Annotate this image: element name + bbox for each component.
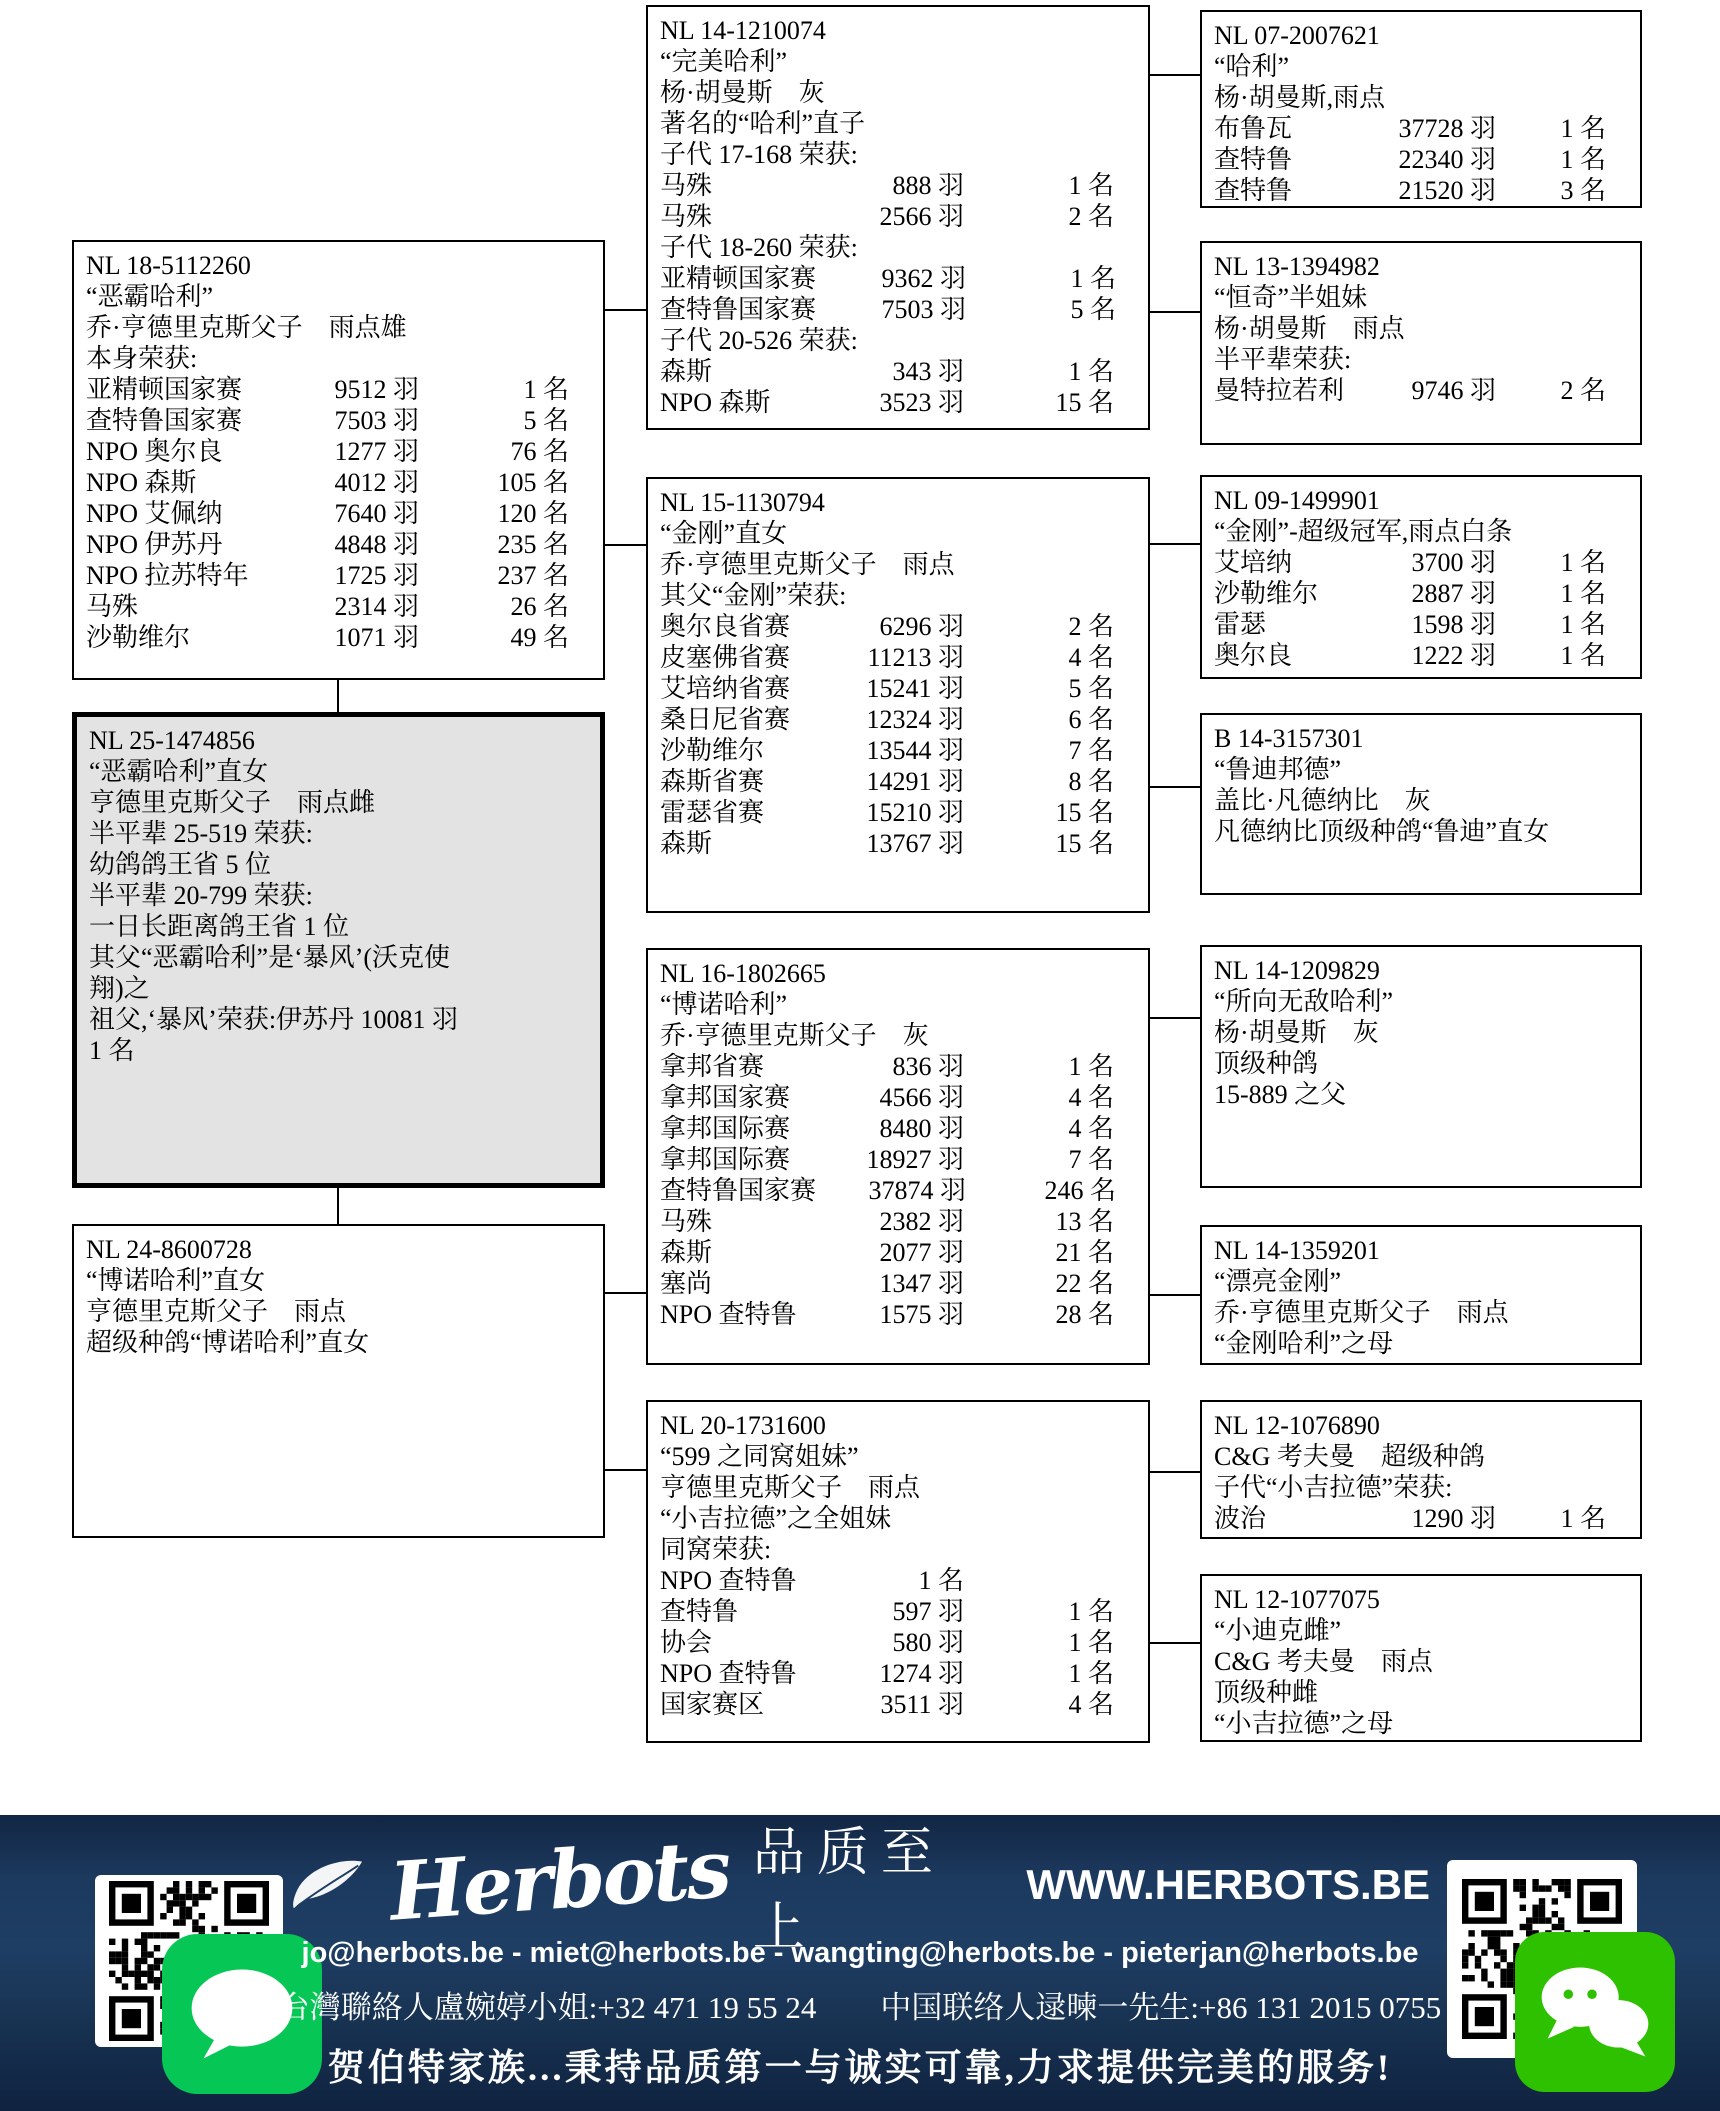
race-rank: 237 名 bbox=[419, 560, 569, 591]
pigeon-count: 2566 羽 bbox=[814, 201, 964, 232]
pedigree-box-dam-sire-sire: NL 14-1209829“所向无敌哈利”杨·胡曼斯 灰顶级种鸽15-889 之… bbox=[1200, 945, 1642, 1188]
race-name: 马殊 bbox=[86, 591, 269, 622]
pigeon-count: 11213 羽 bbox=[814, 642, 964, 673]
pigeon-count: 15210 羽 bbox=[814, 797, 964, 828]
pedigree-box-sire-dam-sire: NL 09-1499901“金刚”-超级冠军,雨点白条艾培纳3700 羽1 名沙… bbox=[1200, 475, 1642, 679]
race-result-row: NPO 拉苏特年1725 羽237 名 bbox=[86, 560, 569, 591]
pedigree-text-line: 亨德里克斯父子 雨点雌 bbox=[89, 787, 566, 818]
race-name: 皮塞佛省赛 bbox=[660, 642, 814, 673]
race-name: 查特鲁国家赛 bbox=[86, 405, 269, 436]
race-rank: 1 名 bbox=[964, 1596, 1114, 1627]
wechat-icon bbox=[1515, 1932, 1569, 1986]
pedigree-text-line: NL 16-1802665 bbox=[660, 958, 1114, 989]
race-result-row: 查特鲁22340 羽1 名 bbox=[1214, 144, 1606, 175]
pedigree-text-line: “小吉拉德”之全姐妹 bbox=[660, 1503, 1114, 1534]
contact-phones: 台灣聯絡人盧婉婷小姐:+32 471 19 55 24 中国联络人逯暕一先生:+… bbox=[279, 1982, 1441, 2027]
race-name: 沙勒维尔 bbox=[660, 735, 814, 766]
pigeon-count: 15241 羽 bbox=[814, 673, 964, 704]
race-rank: 5 名 bbox=[964, 673, 1114, 704]
pedigree-box-sire-sire-dam: NL 13-1394982“恒奇”半姐妹杨·胡曼斯 雨点半平辈荣获:曼特拉若利9… bbox=[1200, 241, 1642, 445]
pedigree-text-line: NL 12-1077075 bbox=[1214, 1584, 1606, 1615]
race-result-row: 查特鲁国家赛7503 羽5 名 bbox=[660, 294, 1114, 325]
footer-banner: Herbots 品质至上 WWW.HERBOTS.BE jo@herbots.b… bbox=[0, 1815, 1720, 2111]
pedigree-text-line: “金刚哈利”之母 bbox=[1214, 1328, 1606, 1359]
race-result-row: 拿邦国际赛8480 羽4 名 bbox=[660, 1113, 1114, 1144]
race-rank: 2 名 bbox=[1496, 375, 1606, 406]
race-name: 塞尚 bbox=[660, 1268, 814, 1299]
race-name: 森斯省赛 bbox=[660, 766, 814, 797]
race-rank: 6 名 bbox=[964, 704, 1114, 735]
race-name: NPO 奥尔良 bbox=[86, 436, 269, 467]
pigeon-count: 2314 羽 bbox=[269, 591, 419, 622]
connector-line bbox=[1150, 74, 1200, 76]
race-result-row: NPO 奥尔良1277 羽76 名 bbox=[86, 436, 569, 467]
pigeon-count: 343 羽 bbox=[814, 356, 964, 387]
connector-line bbox=[337, 1188, 339, 1224]
race-rank: 1 名 bbox=[1496, 640, 1606, 671]
race-rank: 4 名 bbox=[964, 642, 1114, 673]
pedigree-text-line: C&G 考夫曼 雨点 bbox=[1214, 1646, 1606, 1677]
pedigree-text-line: NL 13-1394982 bbox=[1214, 251, 1606, 282]
pedigree-text-line: 杨·胡曼斯 雨点 bbox=[1214, 313, 1606, 344]
pedigree-text-line: “完美哈利” bbox=[660, 46, 1114, 77]
pedigree-box-dam-dam: NL 20-1731600“599 之同窝姐妹”亨德里克斯父子 雨点“小吉拉德”… bbox=[646, 1400, 1150, 1743]
race-rank: 1 名 bbox=[1496, 547, 1606, 578]
race-rank: 13 名 bbox=[964, 1206, 1114, 1237]
race-result-row: 艾培纳3700 羽1 名 bbox=[1214, 547, 1606, 578]
race-rank: 15 名 bbox=[964, 797, 1114, 828]
pedigree-text-line: 其父“金刚”荣获: bbox=[660, 580, 1114, 611]
pigeon-count: 13544 羽 bbox=[814, 735, 964, 766]
race-rank: 246 名 bbox=[966, 1175, 1116, 1206]
race-name: NPO 查特鲁 bbox=[660, 1299, 814, 1330]
race-name: NPO 拉苏特年 bbox=[86, 560, 269, 591]
race-name: 奥尔良省赛 bbox=[660, 611, 814, 642]
race-name: 马殊 bbox=[660, 1206, 814, 1237]
race-name: NPO 森斯 bbox=[660, 387, 814, 418]
race-rank: 1 名 bbox=[964, 1658, 1114, 1689]
race-rank: 1 名 bbox=[964, 1627, 1114, 1658]
pigeon-count: 3700 羽 bbox=[1346, 547, 1496, 578]
race-result-row: 雷瑟省赛15210 羽15 名 bbox=[660, 797, 1114, 828]
pedigree-text-line: 顶级种雌 bbox=[1214, 1677, 1606, 1708]
pedigree-box-dam-sire-dam: NL 14-1359201“漂亮金刚”乔·亨德里克斯父子 雨点“金刚哈利”之母 bbox=[1200, 1225, 1642, 1365]
race-name: 艾培纳 bbox=[1214, 547, 1346, 578]
race-name: 沙勒维尔 bbox=[86, 622, 269, 653]
pedigree-text-line: “漂亮金刚” bbox=[1214, 1266, 1606, 1297]
race-rank bbox=[964, 1565, 1114, 1596]
pedigree-text-line: 同窝荣获: bbox=[660, 1534, 1114, 1565]
pedigree-text-line: NL 12-1076890 bbox=[1214, 1410, 1606, 1441]
race-rank: 2 名 bbox=[964, 611, 1114, 642]
race-result-row: 艾培纳省赛15241 羽5 名 bbox=[660, 673, 1114, 704]
race-result-row: 拿邦省赛836 羽1 名 bbox=[660, 1051, 1114, 1082]
race-result-row: 亚精顿国家赛9512 羽1 名 bbox=[86, 374, 569, 405]
race-result-row: 沙勒维尔2887 羽1 名 bbox=[1214, 578, 1606, 609]
connector-line bbox=[605, 1469, 646, 1471]
pedigree-text-line: “金刚”直女 bbox=[660, 518, 1114, 549]
race-name: NPO 查特鲁 bbox=[660, 1565, 814, 1596]
pigeon-count: 836 羽 bbox=[814, 1051, 964, 1082]
pedigree-text-line: 子代“小吉拉德”荣获: bbox=[1214, 1472, 1606, 1503]
race-name: 雷瑟省赛 bbox=[660, 797, 814, 828]
race-rank: 1 名 bbox=[1496, 113, 1606, 144]
race-name: 拿邦国家赛 bbox=[660, 1082, 814, 1113]
pedigree-box-sire-dam: NL 15-1130794“金刚”直女乔·亨德里克斯父子 雨点其父“金刚”荣获:… bbox=[646, 477, 1150, 913]
race-result-row: 拿邦国家赛4566 羽4 名 bbox=[660, 1082, 1114, 1113]
pedigree-text-line: 杨·胡曼斯 灰 bbox=[1214, 1017, 1606, 1048]
pedigree-text-line: 顶级种鸽 bbox=[1214, 1048, 1606, 1079]
pigeon-count: 37874 羽 bbox=[816, 1175, 966, 1206]
pigeon-count: 3523 羽 bbox=[814, 387, 964, 418]
pedigree-text-line: 乔·亨德里克斯父子 灰 bbox=[660, 1020, 1114, 1051]
race-rank: 1 名 bbox=[964, 1051, 1114, 1082]
race-rank: 4 名 bbox=[964, 1689, 1114, 1720]
pedigree-text-line: NL 14-1210074 bbox=[660, 15, 1114, 46]
connector-line bbox=[1150, 311, 1200, 313]
pedigree-box-dam-dam-dam: NL 12-1077075“小迪克雌”C&G 考夫曼 雨点顶级种雌“小吉拉德”之… bbox=[1200, 1574, 1642, 1742]
race-name: 森斯 bbox=[660, 828, 814, 859]
race-name: 马殊 bbox=[660, 201, 814, 232]
pedigree-text-line: 本身荣获: bbox=[86, 343, 569, 374]
race-rank: 2 名 bbox=[964, 201, 1114, 232]
race-rank: 1 名 bbox=[964, 356, 1114, 387]
race-name: 查特鲁国家赛 bbox=[660, 1175, 816, 1206]
race-result-row: 森斯2077 羽21 名 bbox=[660, 1237, 1114, 1268]
race-result-row: NPO 森斯3523 羽15 名 bbox=[660, 387, 1114, 418]
race-name: 艾培纳省赛 bbox=[660, 673, 814, 704]
race-rank: 15 名 bbox=[964, 387, 1114, 418]
pedigree-text-line: 著名的“哈利”直子 bbox=[660, 108, 1114, 139]
pigeon-count: 9746 羽 bbox=[1346, 375, 1496, 406]
race-result-row: 亚精顿国家赛9362 羽1 名 bbox=[660, 263, 1114, 294]
race-result-row: 森斯13767 羽15 名 bbox=[660, 828, 1114, 859]
race-rank: 22 名 bbox=[964, 1268, 1114, 1299]
pedigree-text-line: “博诺哈利”直女 bbox=[86, 1265, 569, 1296]
race-result-row: NPO 查特鲁1 名 bbox=[660, 1565, 1114, 1596]
race-rank: 7 名 bbox=[964, 735, 1114, 766]
connector-line bbox=[1150, 1642, 1200, 1644]
pedigree-text-line: NL 25-1474856 bbox=[89, 725, 566, 756]
pedigree-text-line: “博诺哈利” bbox=[660, 989, 1114, 1020]
pigeon-count: 9512 羽 bbox=[269, 374, 419, 405]
pedigree-text-line: “金刚”-超级冠军,雨点白条 bbox=[1214, 516, 1606, 547]
pigeon-count: 3511 羽 bbox=[814, 1689, 964, 1720]
race-result-row: 森斯343 羽1 名 bbox=[660, 356, 1114, 387]
race-result-row: NPO 查特鲁1575 羽28 名 bbox=[660, 1299, 1114, 1330]
race-result-row: 协会580 羽1 名 bbox=[660, 1627, 1114, 1658]
pedigree-text-line: 凡德纳比顶级种鸽“鲁迪”直女 bbox=[1214, 816, 1606, 847]
race-result-row: 查特鲁21520 羽3 名 bbox=[1214, 175, 1606, 206]
pedigree-text-line: “恶霸哈利”直女 bbox=[89, 756, 566, 787]
race-rank: 1 名 bbox=[966, 263, 1116, 294]
pedigree-text-line: 子代 17-168 荣获: bbox=[660, 139, 1114, 170]
race-name: 桑日尼省赛 bbox=[660, 704, 814, 735]
pedigree-text-line: NL 09-1499901 bbox=[1214, 485, 1606, 516]
pigeon-count: 580 羽 bbox=[814, 1627, 964, 1658]
pigeon-count: 597 羽 bbox=[814, 1596, 964, 1627]
pigeon-count: 6296 羽 bbox=[814, 611, 964, 642]
race-result-row: 国家赛区3511 羽4 名 bbox=[660, 1689, 1114, 1720]
line-icon bbox=[162, 1934, 216, 1988]
wechat-qr-code bbox=[1447, 1860, 1637, 2058]
race-name: 波治 bbox=[1214, 1503, 1346, 1534]
pedigree-text-line: 乔·亨德里克斯父子 雨点 bbox=[660, 549, 1114, 580]
connector-line bbox=[337, 680, 339, 712]
pigeon-count: 1725 羽 bbox=[269, 560, 419, 591]
race-result-row: 查特鲁597 羽1 名 bbox=[660, 1596, 1114, 1627]
pigeon-count: 7640 羽 bbox=[269, 498, 419, 529]
race-result-row: 波治1290 羽1 名 bbox=[1214, 1503, 1606, 1534]
race-name: 协会 bbox=[660, 1627, 814, 1658]
race-result-row: 森斯省赛14291 羽8 名 bbox=[660, 766, 1114, 797]
race-result-row: 奥尔良1222 羽1 名 bbox=[1214, 640, 1606, 671]
pedigree-text-line: 半平辈 20-799 荣获: bbox=[89, 880, 566, 911]
race-result-row: 查特鲁国家赛37874 羽246 名 bbox=[660, 1175, 1114, 1206]
pigeon-count: 1290 羽 bbox=[1346, 1503, 1496, 1534]
pedigree-text-line: 子代 18-260 荣获: bbox=[660, 232, 1114, 263]
race-rank: 5 名 bbox=[419, 405, 569, 436]
pedigree-text-line: B 14-3157301 bbox=[1214, 723, 1606, 754]
pedigree-text-line: “哈利” bbox=[1214, 51, 1606, 82]
pedigree-text-line: 乔·亨德里克斯父子 雨点雄 bbox=[86, 312, 569, 343]
race-rank: 5 名 bbox=[966, 294, 1116, 325]
pedigree-text-line: 翔)之 bbox=[89, 973, 566, 1004]
race-result-row: 沙勒维尔1071 羽49 名 bbox=[86, 622, 569, 653]
race-name: 亚精顿国家赛 bbox=[86, 374, 269, 405]
pigeon-count: 1 名 bbox=[814, 1565, 964, 1596]
race-rank: 120 名 bbox=[419, 498, 569, 529]
race-name: 马殊 bbox=[660, 170, 814, 201]
pedigree-text-line: 祖父,‘暴风’荣获:伊苏丹 10081 羽 bbox=[89, 1004, 566, 1035]
footer-text-block: Herbots 品质至上 WWW.HERBOTS.BE jo@herbots.b… bbox=[290, 1833, 1430, 2091]
pedigree-text-line: 一日长距离鸽王省 1 位 bbox=[89, 911, 566, 942]
race-name: 查特鲁 bbox=[1214, 144, 1346, 175]
pigeon-count: 1222 羽 bbox=[1346, 640, 1496, 671]
race-result-row: 马殊2382 羽13 名 bbox=[660, 1206, 1114, 1237]
race-name: 雷瑟 bbox=[1214, 609, 1346, 640]
pigeon-count: 888 羽 bbox=[814, 170, 964, 201]
pedigree-text-line: “小迪克雌” bbox=[1214, 1615, 1606, 1646]
pedigree-text-line: 杨·胡曼斯,雨点 bbox=[1214, 82, 1606, 113]
brand-row: Herbots 品质至上 WWW.HERBOTS.BE bbox=[290, 1833, 1430, 1937]
race-rank: 15 名 bbox=[964, 828, 1114, 859]
race-result-row: 布鲁瓦37728 羽1 名 bbox=[1214, 113, 1606, 144]
taiwan-contact: 台灣聯絡人盧婉婷小姐:+32 471 19 55 24 bbox=[279, 1982, 817, 2027]
race-result-row: 马殊888 羽1 名 bbox=[660, 170, 1114, 201]
race-rank: 105 名 bbox=[419, 467, 569, 498]
race-rank: 7 名 bbox=[964, 1144, 1114, 1175]
race-name: 拿邦国际赛 bbox=[660, 1113, 814, 1144]
pigeon-count: 14291 羽 bbox=[814, 766, 964, 797]
pigeon-count: 7503 羽 bbox=[816, 294, 966, 325]
race-rank: 3 名 bbox=[1496, 175, 1606, 206]
race-rank: 49 名 bbox=[419, 622, 569, 653]
pigeon-count: 7503 羽 bbox=[269, 405, 419, 436]
pedigree-text-line: 超级种鸽“博诺哈利”直女 bbox=[86, 1327, 569, 1358]
pigeon-count: 22340 羽 bbox=[1346, 144, 1496, 175]
website-url: WWW.HERBOTS.BE bbox=[1026, 1861, 1430, 1909]
pigeon-count: 1347 羽 bbox=[814, 1268, 964, 1299]
pedigree-text-line: “小吉拉德”之母 bbox=[1214, 1708, 1606, 1739]
pigeon-count: 2382 羽 bbox=[814, 1206, 964, 1237]
pedigree-text-line: C&G 考夫曼 超级种鸽 bbox=[1214, 1441, 1606, 1472]
pedigree-box-dam: NL 24-8600728“博诺哈利”直女亨德里克斯父子 雨点超级种鸽“博诺哈利… bbox=[72, 1224, 605, 1538]
pigeon-count: 2887 羽 bbox=[1346, 578, 1496, 609]
pigeon-count: 37728 羽 bbox=[1346, 113, 1496, 144]
footer-slogan: 贺伯特家族...秉持品质第一与诚实可靠,力求提供完美的服务! bbox=[328, 2037, 1392, 2091]
race-name: 森斯 bbox=[660, 1237, 814, 1268]
race-rank: 76 名 bbox=[419, 436, 569, 467]
line-qr-code bbox=[95, 1875, 283, 2047]
race-rank: 235 名 bbox=[419, 529, 569, 560]
race-result-row: NPO 伊苏丹4848 羽235 名 bbox=[86, 529, 569, 560]
pedigree-text-line: 亨德里克斯父子 雨点 bbox=[660, 1472, 1114, 1503]
connector-line bbox=[1150, 1017, 1200, 1019]
connector-line bbox=[1150, 1294, 1200, 1296]
pigeon-count: 13767 羽 bbox=[814, 828, 964, 859]
race-rank: 21 名 bbox=[964, 1237, 1114, 1268]
pedigree-box-sire-dam-dam: B 14-3157301“鲁迪邦德”盖比·凡德纳比 灰凡德纳比顶级种鸽“鲁迪”直… bbox=[1200, 713, 1642, 895]
race-name: 拿邦省赛 bbox=[660, 1051, 814, 1082]
pedigree-text-line: 1 名 bbox=[89, 1035, 566, 1066]
pedigree-box-sire-sire-sire: NL 07-2007621“哈利”杨·胡曼斯,雨点布鲁瓦37728 羽1 名查特… bbox=[1200, 10, 1642, 208]
race-rank: 1 名 bbox=[1496, 144, 1606, 175]
pedigree-box-dam-dam-sire: NL 12-1076890C&G 考夫曼 超级种鸽子代“小吉拉德”荣获:波治12… bbox=[1200, 1400, 1642, 1539]
pedigree-text-line: 杨·胡曼斯 灰 bbox=[660, 77, 1114, 108]
race-result-row: 曼特拉若利9746 羽2 名 bbox=[1214, 375, 1606, 406]
race-rank: 26 名 bbox=[419, 591, 569, 622]
pedigree-box-sire-sire: NL 14-1210074“完美哈利”杨·胡曼斯 灰著名的“哈利”直子子代 17… bbox=[646, 5, 1150, 430]
race-result-row: 雷瑟1598 羽1 名 bbox=[1214, 609, 1606, 640]
pedigree-text-line: NL 24-8600728 bbox=[86, 1234, 569, 1265]
pigeon-count: 1575 羽 bbox=[814, 1299, 964, 1330]
pigeon-count: 21520 羽 bbox=[1346, 175, 1496, 206]
race-rank: 1 名 bbox=[964, 170, 1114, 201]
pedigree-text-line: 子代 20-526 荣获: bbox=[660, 325, 1114, 356]
pedigree-text-line: NL 15-1130794 bbox=[660, 487, 1114, 518]
race-result-row: NPO 艾佩纳7640 羽120 名 bbox=[86, 498, 569, 529]
race-rank: 1 名 bbox=[1496, 1503, 1606, 1534]
pigeon-count: 4012 羽 bbox=[269, 467, 419, 498]
pigeon-count: 1277 羽 bbox=[269, 436, 419, 467]
brand-logo-text: Herbots bbox=[387, 1821, 732, 1948]
pigeon-count: 8480 羽 bbox=[814, 1113, 964, 1144]
race-result-row: 桑日尼省赛12324 羽6 名 bbox=[660, 704, 1114, 735]
race-name: 查特鲁国家赛 bbox=[660, 294, 816, 325]
race-name: 奥尔良 bbox=[1214, 640, 1346, 671]
connector-line bbox=[1150, 1471, 1200, 1473]
pedigree-text-line: NL 14-1359201 bbox=[1214, 1235, 1606, 1266]
pedigree-text-line: 盖比·凡德纳比 灰 bbox=[1214, 785, 1606, 816]
pedigree-box-dam-sire: NL 16-1802665“博诺哈利”乔·亨德里克斯父子 灰拿邦省赛836 羽1… bbox=[646, 948, 1150, 1365]
connector-line bbox=[605, 544, 646, 546]
pigeon-count: 4848 羽 bbox=[269, 529, 419, 560]
pedigree-text-line: NL 20-1731600 bbox=[660, 1410, 1114, 1441]
pedigree-text-line: NL 07-2007621 bbox=[1214, 20, 1606, 51]
pigeon-count: 1274 羽 bbox=[814, 1658, 964, 1689]
race-result-row: 皮塞佛省赛11213 羽4 名 bbox=[660, 642, 1114, 673]
pedigree-text-line: 其父“恶霸哈利”是‘暴风’(沃克使 bbox=[89, 942, 566, 973]
pedigree-text-line: 半平辈荣获: bbox=[1214, 344, 1606, 375]
race-name: 国家赛区 bbox=[660, 1689, 814, 1720]
race-result-row: 塞尚1347 羽22 名 bbox=[660, 1268, 1114, 1299]
race-name: 拿邦国际赛 bbox=[660, 1144, 814, 1175]
pigeon-count: 12324 羽 bbox=[814, 704, 964, 735]
race-name: 曼特拉若利 bbox=[1214, 375, 1346, 406]
connector-line bbox=[605, 1292, 646, 1294]
pigeon-count: 4566 羽 bbox=[814, 1082, 964, 1113]
pigeon-count: 1598 羽 bbox=[1346, 609, 1496, 640]
race-rank: 1 名 bbox=[419, 374, 569, 405]
pedigree-text-line: 亨德里克斯父子 雨点 bbox=[86, 1296, 569, 1327]
race-result-row: 马殊2314 羽26 名 bbox=[86, 591, 569, 622]
feather-icon bbox=[290, 1855, 366, 1915]
connector-line bbox=[605, 309, 646, 311]
pedigree-text-line: NL 18-5112260 bbox=[86, 250, 569, 281]
race-result-row: 查特鲁国家赛7503 羽5 名 bbox=[86, 405, 569, 436]
race-rank: 1 名 bbox=[1496, 578, 1606, 609]
race-name: NPO 艾佩纳 bbox=[86, 498, 269, 529]
china-contact: 中国联络人逯暕一先生:+86 131 2015 0755 bbox=[880, 1982, 1441, 2027]
pedigree-text-line: “所向无敌哈利” bbox=[1214, 986, 1606, 1017]
connector-line bbox=[1150, 543, 1200, 545]
race-result-row: 沙勒维尔13544 羽7 名 bbox=[660, 735, 1114, 766]
race-result-row: NPO 森斯4012 羽105 名 bbox=[86, 467, 569, 498]
race-name: NPO 伊苏丹 bbox=[86, 529, 269, 560]
pigeon-count: 1071 羽 bbox=[269, 622, 419, 653]
pedigree-text-line: 半平辈 25-519 荣获: bbox=[89, 818, 566, 849]
race-name: NPO 森斯 bbox=[86, 467, 269, 498]
race-result-row: 奥尔良省赛6296 羽2 名 bbox=[660, 611, 1114, 642]
race-rank: 8 名 bbox=[964, 766, 1114, 797]
pedigree-text-line: “鲁迪邦德” bbox=[1214, 754, 1606, 785]
pedigree-text-line: “恒奇”半姐妹 bbox=[1214, 282, 1606, 313]
race-name: 查特鲁 bbox=[1214, 175, 1346, 206]
pigeon-count: 9362 羽 bbox=[816, 263, 966, 294]
race-rank: 4 名 bbox=[964, 1082, 1114, 1113]
pedigree-text-line: 幼鸽鸽王省 5 位 bbox=[89, 849, 566, 880]
pedigree-text-line: “恶霸哈利” bbox=[86, 281, 569, 312]
race-rank: 1 名 bbox=[1496, 609, 1606, 640]
race-name: 沙勒维尔 bbox=[1214, 578, 1346, 609]
race-result-row: 拿邦国际赛18927 羽7 名 bbox=[660, 1144, 1114, 1175]
race-name: 布鲁瓦 bbox=[1214, 113, 1346, 144]
connector-line bbox=[1150, 786, 1200, 788]
pedigree-box-sire: NL 18-5112260“恶霸哈利”乔·亨德里克斯父子 雨点雄本身荣获:亚精顿… bbox=[72, 240, 605, 680]
pedigree-text-line: 乔·亨德里克斯父子 雨点 bbox=[1214, 1297, 1606, 1328]
race-result-row: NPO 查特鲁1274 羽1 名 bbox=[660, 1658, 1114, 1689]
pedigree-text-line: 15-889 之父 bbox=[1214, 1079, 1606, 1110]
pigeon-count: 18927 羽 bbox=[814, 1144, 964, 1175]
pedigree-box-subject: NL 25-1474856“恶霸哈利”直女亨德里克斯父子 雨点雌半平辈 25-5… bbox=[72, 712, 605, 1188]
pigeon-count: 2077 羽 bbox=[814, 1237, 964, 1268]
race-rank: 4 名 bbox=[964, 1113, 1114, 1144]
race-rank: 28 名 bbox=[964, 1299, 1114, 1330]
race-name: NPO 查特鲁 bbox=[660, 1658, 814, 1689]
race-name: 亚精顿国家赛 bbox=[660, 263, 816, 294]
race-name: 查特鲁 bbox=[660, 1596, 814, 1627]
race-name: 森斯 bbox=[660, 356, 814, 387]
pedigree-text-line: “599 之同窝姐妹” bbox=[660, 1441, 1114, 1472]
race-result-row: 马殊2566 羽2 名 bbox=[660, 201, 1114, 232]
pedigree-text-line: NL 14-1209829 bbox=[1214, 955, 1606, 986]
